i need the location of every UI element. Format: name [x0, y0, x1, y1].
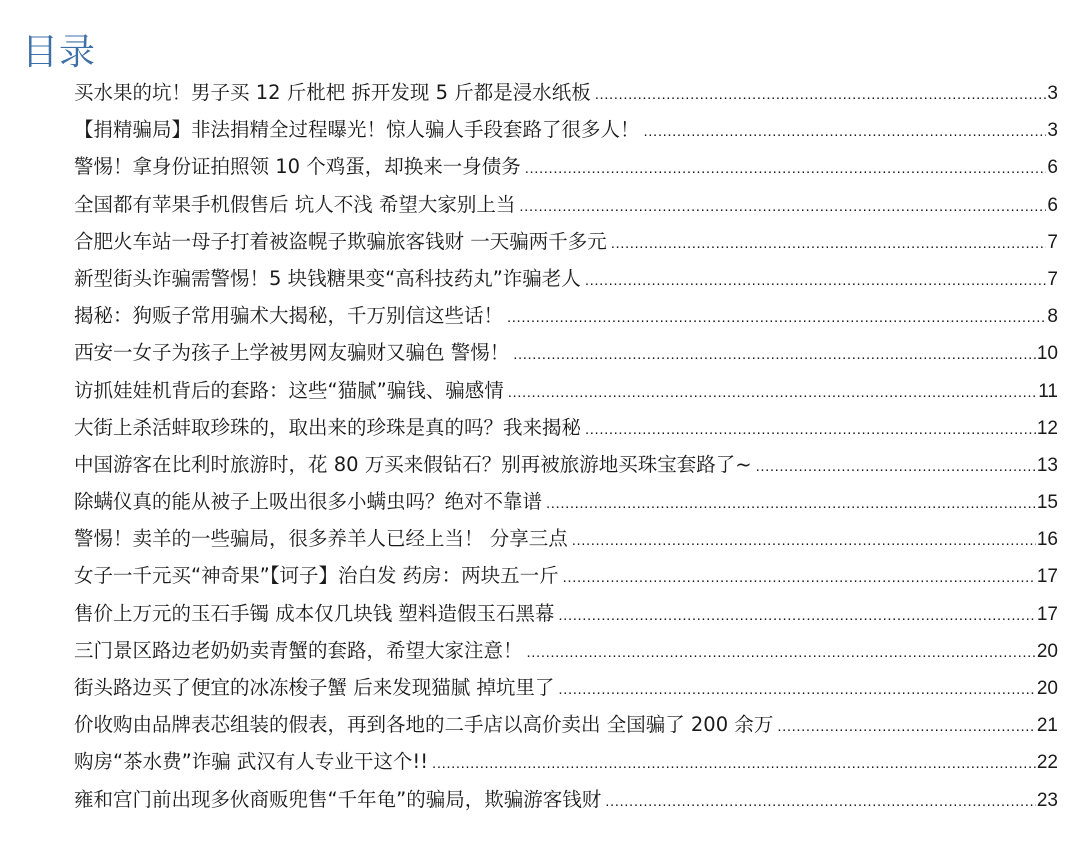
toc-page-number[interactable]: 6: [1047, 149, 1058, 186]
toc-entry-title[interactable]: 售价上万元的玉石手镯 成本仅几块钱 塑料造假玉石黑幕: [74, 595, 554, 632]
toc-page-number[interactable]: 23: [1037, 782, 1058, 819]
toc-entry-title[interactable]: 女子一千元买“神奇果”【诃子】治白发 药房：两块五一斤: [74, 557, 559, 594]
toc-entry[interactable]: 售价上万元的玉石手镯 成本仅几块钱 塑料造假玉石黑幕 17: [74, 595, 1058, 632]
toc-page-number[interactable]: 7: [1047, 224, 1058, 261]
dot-leader: [605, 783, 1036, 820]
toc-entry[interactable]: 大街上杀活蚌取珍珠的，取出来的珍珠是真的吗？我来揭秘 12: [74, 409, 1058, 446]
toc-page-number[interactable]: 20: [1037, 633, 1058, 670]
dot-leader: [585, 262, 1047, 299]
toc-page-number[interactable]: 22: [1037, 744, 1058, 781]
toc-page-number[interactable]: 13: [1037, 447, 1058, 484]
toc-entry[interactable]: 街头路边买了便宜的冰冻梭子蟹 后来发现猫腻 掉坑里了 20: [74, 669, 1058, 706]
toc-page-number[interactable]: 3: [1047, 75, 1058, 112]
toc-entry-title[interactable]: 新型街头诈骗需警惕！5 块钱糖果变“高科技药丸”诈骗老人: [74, 260, 581, 297]
toc-entry[interactable]: 三门景区路边老奶奶卖青蟹的套路，希望大家注意！ 20: [74, 632, 1058, 669]
toc-page-number[interactable]: 20: [1037, 670, 1058, 707]
toc-page-number[interactable]: 17: [1037, 596, 1058, 633]
toc-page-number[interactable]: 17: [1037, 558, 1058, 595]
toc-entry[interactable]: 西安一女子为孩子上学被男网友骗财又骗色 警惕！ 10: [74, 334, 1058, 371]
toc-page-number[interactable]: 8: [1047, 298, 1058, 335]
toc-entry[interactable]: 警惕！拿身份证拍照领 10 个鸡蛋，却换来一身债务 6: [74, 148, 1058, 185]
toc-entry-title[interactable]: 访抓娃娃机背后的套路：这些“猫腻”骗钱、骗感情: [74, 372, 504, 409]
toc-entry-title[interactable]: 【捐精骗局】非法捐精全过程曝光！惊人骗人手段套路了很多人！: [74, 111, 640, 148]
dot-leader: [585, 411, 1036, 448]
dot-leader: [546, 485, 1036, 522]
toc-page-number[interactable]: 3: [1047, 112, 1058, 149]
toc-entry[interactable]: 警惕！卖羊的一些骗局，很多养羊人已经上当！ 分享三点 16: [74, 520, 1058, 557]
dot-leader: [756, 448, 1036, 485]
toc-entry-title[interactable]: 雍和宫门前出现多伙商贩兜售“千年龟”的骗局，欺骗游客钱财: [74, 781, 601, 818]
toc-entry-title[interactable]: 西安一女子为孩子上学被男网友骗财又骗色 警惕！: [74, 334, 509, 371]
toc-entry-title[interactable]: 购房“茶水费”诈骗 武汉有人专业干这个!!: [74, 743, 428, 780]
toc-page-number[interactable]: 11: [1038, 373, 1058, 410]
dot-leader: [611, 225, 1047, 262]
toc-entry[interactable]: 合肥火车站一母子打着被盗幌子欺骗旅客钱财 一天骗两千多元 7: [74, 223, 1058, 260]
toc-page-number[interactable]: 21: [1037, 707, 1058, 744]
dot-leader: [572, 522, 1036, 559]
toc-entry[interactable]: 购房“茶水费”诈骗 武汉有人专业干这个!! 22: [74, 743, 1058, 780]
toc-page-number[interactable]: 7: [1047, 261, 1058, 298]
dot-leader: [508, 374, 1038, 411]
toc-entry[interactable]: 【捐精骗局】非法捐精全过程曝光！惊人骗人手段套路了很多人！ 3: [74, 111, 1058, 148]
toc-entry-title[interactable]: 街头路边买了便宜的冰冻梭子蟹 后来发现猫腻 掉坑里了: [74, 669, 554, 706]
dot-leader: [432, 745, 1036, 782]
toc-entry-title[interactable]: 揭秘：狗贩子常用骗术大揭秘，千万别信这些话！: [74, 297, 503, 334]
dot-leader: [527, 634, 1036, 671]
toc-entry-title[interactable]: 价收购由品牌表芯组装的假表，再到各地的二手店以高价卖出 全国骗了 200 余万: [74, 706, 773, 743]
dot-leader: [519, 188, 1046, 225]
toc-entry[interactable]: 中国游客在比利时旅游时，花 80 万买来假钻石？别再被旅游地买珠宝套路了~ 13: [74, 446, 1058, 483]
dot-leader: [644, 113, 1047, 150]
toc-entry[interactable]: 新型街头诈骗需警惕！5 块钱糖果变“高科技药丸”诈骗老人 7: [74, 260, 1058, 297]
toc-list: 买水果的坑！男子买 12 斤枇杷 拆开发现 5 斤都是浸水纸板 3 【捐精骗局】…: [74, 74, 1058, 818]
dot-leader: [777, 708, 1036, 745]
dot-leader: [507, 299, 1046, 336]
toc-entry-title[interactable]: 警惕！拿身份证拍照领 10 个鸡蛋，却换来一身债务: [74, 148, 521, 185]
toc-entry-title[interactable]: 除螨仪真的能从被子上吸出很多小螨虫吗？绝对不靠谱: [74, 483, 542, 520]
dot-leader: [525, 150, 1047, 187]
toc-entry[interactable]: 女子一千元买“神奇果”【诃子】治白发 药房：两块五一斤 17: [74, 557, 1058, 594]
toc-entry-title[interactable]: 合肥火车站一母子打着被盗幌子欺骗旅客钱财 一天骗两千多元: [74, 223, 607, 260]
toc-heading: 目录: [22, 28, 96, 78]
toc-entry-title[interactable]: 买水果的坑！男子买 12 斤枇杷 拆开发现 5 斤都是浸水纸板: [74, 74, 591, 111]
toc-page-number[interactable]: 12: [1037, 410, 1058, 447]
toc-page-number[interactable]: 16: [1037, 521, 1058, 558]
toc-entry-title[interactable]: 全国都有苹果手机假售后 坑人不浅 希望大家别上当: [74, 186, 515, 223]
dot-leader: [558, 671, 1035, 708]
toc-entry-title[interactable]: 大街上杀活蚌取珍珠的，取出来的珍珠是真的吗？我来揭秘: [74, 409, 581, 446]
toc-entry[interactable]: 全国都有苹果手机假售后 坑人不浅 希望大家别上当 6: [74, 186, 1058, 223]
dot-leader: [558, 597, 1035, 634]
toc-entry[interactable]: 揭秘：狗贩子常用骗术大揭秘，千万别信这些话！ 8: [74, 297, 1058, 334]
toc-entry[interactable]: 雍和宫门前出现多伙商贩兜售“千年龟”的骗局，欺骗游客钱财 23: [74, 781, 1058, 818]
toc-entry[interactable]: 价收购由品牌表芯组装的假表，再到各地的二手店以高价卖出 全国骗了 200 余万 …: [74, 706, 1058, 743]
toc-page-number[interactable]: 6: [1047, 187, 1058, 224]
toc-entry[interactable]: 买水果的坑！男子买 12 斤枇杷 拆开发现 5 斤都是浸水纸板 3: [74, 74, 1058, 111]
dot-leader: [513, 336, 1036, 373]
toc-entry-title[interactable]: 三门景区路边老奶奶卖青蟹的套路，希望大家注意！: [74, 632, 523, 669]
toc-page-number[interactable]: 15: [1037, 484, 1058, 521]
toc-entry[interactable]: 除螨仪真的能从被子上吸出很多小螨虫吗？绝对不靠谱 15: [74, 483, 1058, 520]
toc-entry[interactable]: 访抓娃娃机背后的套路：这些“猫腻”骗钱、骗感情 11: [74, 372, 1058, 409]
dot-leader: [563, 559, 1036, 596]
toc-entry-title[interactable]: 中国游客在比利时旅游时，花 80 万买来假钻石？别再被旅游地买珠宝套路了~: [74, 446, 752, 483]
dot-leader: [595, 76, 1047, 113]
toc-entry-title[interactable]: 警惕！卖羊的一些骗局，很多养羊人已经上当！ 分享三点: [74, 520, 568, 557]
toc-page-number[interactable]: 10: [1037, 335, 1058, 372]
